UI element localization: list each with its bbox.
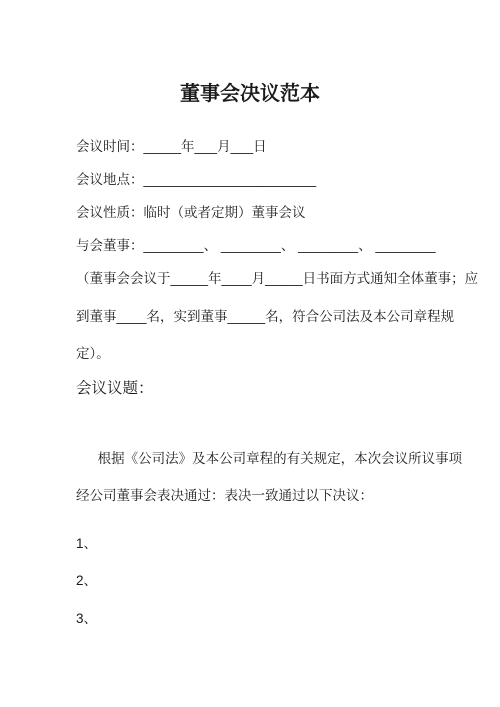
notice-line-1: （董事会会议于_____年____月_____日书面方式通知全体董事；应 — [76, 260, 444, 298]
resolution-list: 1、 2、 3、 — [76, 525, 444, 638]
resolution-paragraph: 根据《公司法》及本公司章程的有关规定，本次会议所议事项 经公司董事会表决通过：表… — [76, 440, 444, 515]
list-item-1: 1、 — [76, 525, 444, 563]
resolution-line-2: 经公司董事会表决通过：表决一致通过以下决议： — [76, 477, 444, 515]
document-page: 董事会决议范本 会议时间：_____年___月___日 会议地点：_______… — [0, 0, 500, 707]
field-meeting-time: 会议时间：_____年___月___日 — [76, 137, 444, 156]
list-item-3: 3、 — [76, 600, 444, 638]
field-attending-directors: 与会董事：________、 ________、 ________、 _____… — [76, 236, 444, 255]
field-meeting-nature: 会议性质：临时（或者定期）董事会议 — [76, 203, 444, 222]
resolution-line-1: 根据《公司法》及本公司章程的有关规定，本次会议所议事项 — [76, 440, 444, 478]
notice-line-2: 到董事____名，实到董事_____名，符合公司法及本公司章程规 — [76, 298, 444, 336]
notice-paragraph: （董事会会议于_____年____月_____日书面方式通知全体董事；应 到董事… — [76, 260, 444, 373]
list-item-2: 2、 — [76, 562, 444, 600]
document-title: 董事会决议范本 — [0, 83, 500, 106]
document-body: 会议时间：_____年___月___日 会议地点：_______________… — [0, 137, 500, 637]
notice-line-3: 定）。 — [76, 335, 444, 373]
field-meeting-place: 会议地点：_______________________ — [76, 170, 444, 189]
topic-heading: 会议议题： — [76, 379, 444, 399]
